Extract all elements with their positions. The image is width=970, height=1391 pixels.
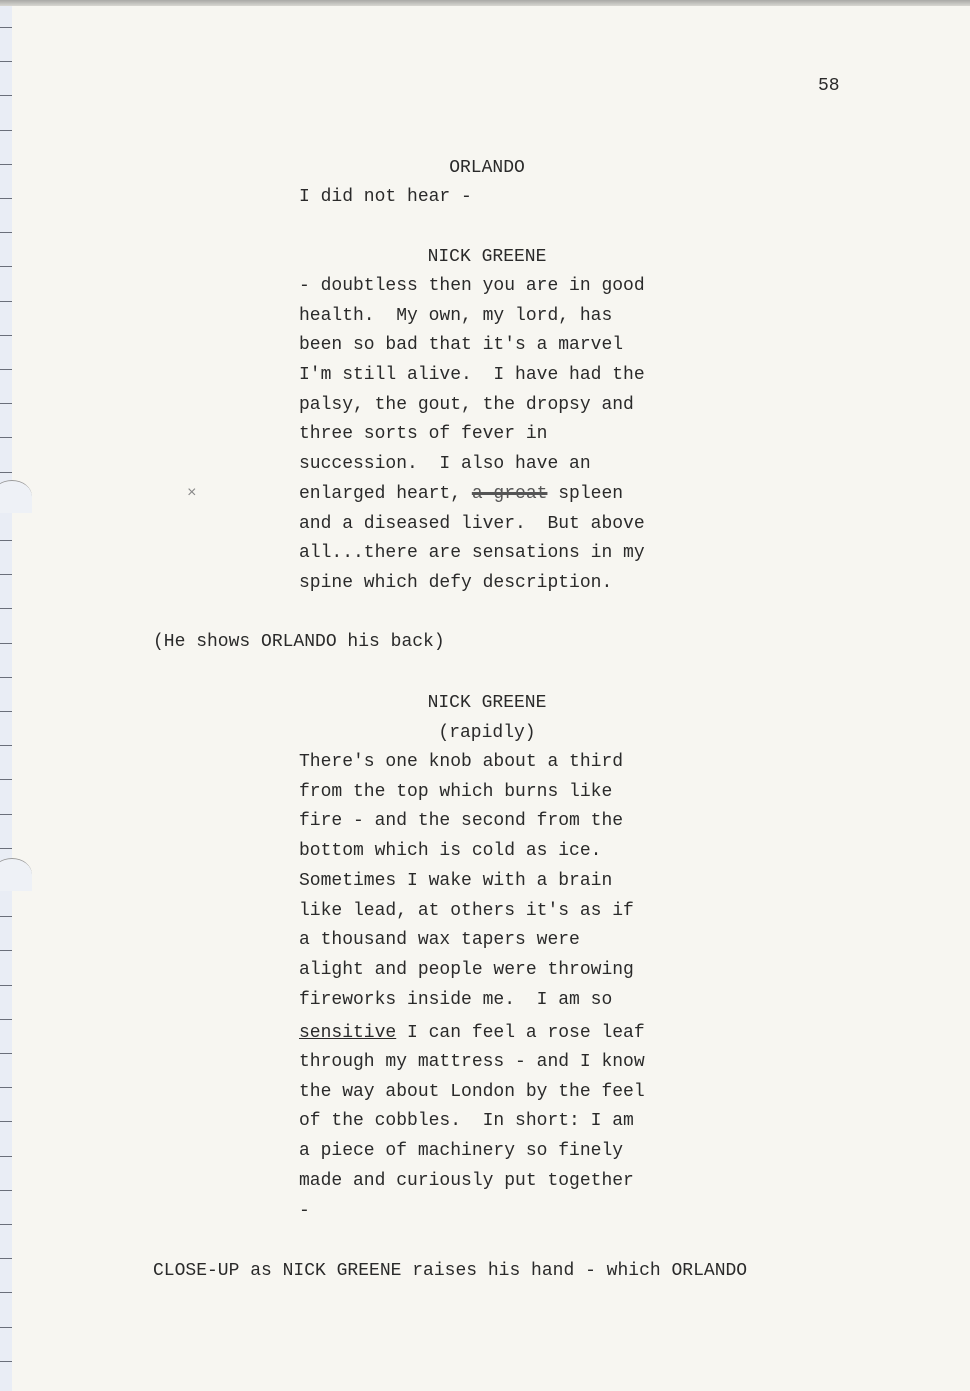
dialogue-line: Sometimes I wake with a brain (299, 870, 612, 892)
dialogue-line: the way about London by the feel (299, 1081, 645, 1103)
dialogue-line: a thousand wax tapers were (299, 929, 580, 951)
binder-tick (0, 608, 12, 609)
dialogue-line: palsy, the gout, the dropsy and (299, 394, 634, 416)
dialogue-line: three sorts of fever in (299, 423, 547, 445)
binder-tick (0, 1258, 12, 1259)
binder-tick (0, 985, 12, 986)
binder-tick (0, 130, 12, 131)
dialogue-line: of the cobbles. In short: I am (299, 1110, 634, 1132)
binder-tick (0, 232, 12, 233)
binder-tick (0, 1087, 12, 1088)
binder-tick (0, 916, 12, 917)
dialogue-line: and a diseased liver. But above (299, 513, 645, 535)
binder-tick (0, 1019, 12, 1020)
dialogue-line: There's one knob about a third (299, 751, 623, 773)
binder-tick (0, 403, 12, 404)
binder-tick (0, 848, 12, 849)
dialogue-line: alight and people were throwing (299, 959, 634, 981)
binder-tick (0, 574, 12, 575)
binder-tick (0, 1224, 12, 1225)
binder-tick (0, 1190, 12, 1191)
action-line: CLOSE-UP as NICK GREENE raises his hand … (153, 1260, 747, 1282)
binder-tick (0, 677, 12, 678)
binder-tick (0, 1292, 12, 1293)
binder-tick (0, 540, 12, 541)
binder-tick (0, 779, 12, 780)
text: spleen (547, 484, 623, 504)
dialogue-line: been so bad that it's a marvel (299, 334, 623, 356)
scan-top-edge (0, 0, 970, 6)
character-name: NICK GREENE (0, 246, 970, 268)
dialogue-line: a piece of machinery so finely (299, 1140, 623, 1162)
dialogue-line: through my mattress - and I know (299, 1051, 645, 1073)
binder-tick (0, 1121, 12, 1122)
underlined-text: sensitive (299, 1023, 396, 1043)
binder-tick (0, 1327, 12, 1328)
parenthetical: (rapidly) (0, 722, 970, 744)
binder-tick (0, 643, 12, 644)
dialogue-line: enlarged heart, a great spleen (299, 483, 623, 505)
margin-mark: × (187, 484, 197, 502)
binder-tick (0, 950, 12, 951)
dialogue-line: - doubtless then you are in good (299, 275, 645, 297)
dialogue-line: fire - and the second from the (299, 810, 623, 832)
dialogue-line: bottom which is cold as ice. (299, 840, 601, 862)
dialogue-line: like lead, at others it's as if (299, 900, 634, 922)
dialogue-line: health. My own, my lord, has (299, 305, 612, 327)
dialogue-line: - (299, 1200, 310, 1222)
character-name: ORLANDO (0, 157, 970, 179)
binder-tick (0, 814, 12, 815)
binder-tick (0, 335, 12, 336)
binder-tick (0, 61, 12, 62)
text: enlarged heart, (299, 484, 472, 504)
struck-text: a great (472, 484, 548, 504)
binder-tick (0, 437, 12, 438)
dialogue-line: spine which defy description. (299, 572, 612, 594)
binder-tick (0, 1156, 12, 1157)
action-line: (He shows ORLANDO his back) (153, 631, 445, 653)
binder-tick (0, 198, 12, 199)
dialogue-line: made and curiously put together (299, 1170, 634, 1192)
character-name: NICK GREENE (0, 692, 970, 714)
dialogue-line: from the top which burns like (299, 781, 612, 803)
dialogue-line: I'm still alive. I have had the (299, 364, 645, 386)
binder-tick (0, 301, 12, 302)
binder-tick (0, 1053, 12, 1054)
page-number: 58 (818, 76, 840, 96)
dialogue-line: succession. I also have an (299, 453, 591, 475)
binder-tick (0, 95, 12, 96)
binder-tick (0, 1361, 12, 1362)
binder-tick (0, 369, 12, 370)
text: I can feel a rose leaf (396, 1023, 644, 1043)
punch-hole (0, 480, 32, 513)
dialogue-line: fireworks inside me. I am so (299, 989, 612, 1011)
punch-hole (0, 858, 32, 891)
dialogue-line: I did not hear - (299, 186, 472, 208)
binder-tick (0, 472, 12, 473)
dialogue-line: sensitive I can feel a rose leaf (299, 1022, 645, 1044)
binder-tick (0, 745, 12, 746)
dialogue-line: all...there are sensations in my (299, 542, 645, 564)
binder-tick (0, 27, 12, 28)
